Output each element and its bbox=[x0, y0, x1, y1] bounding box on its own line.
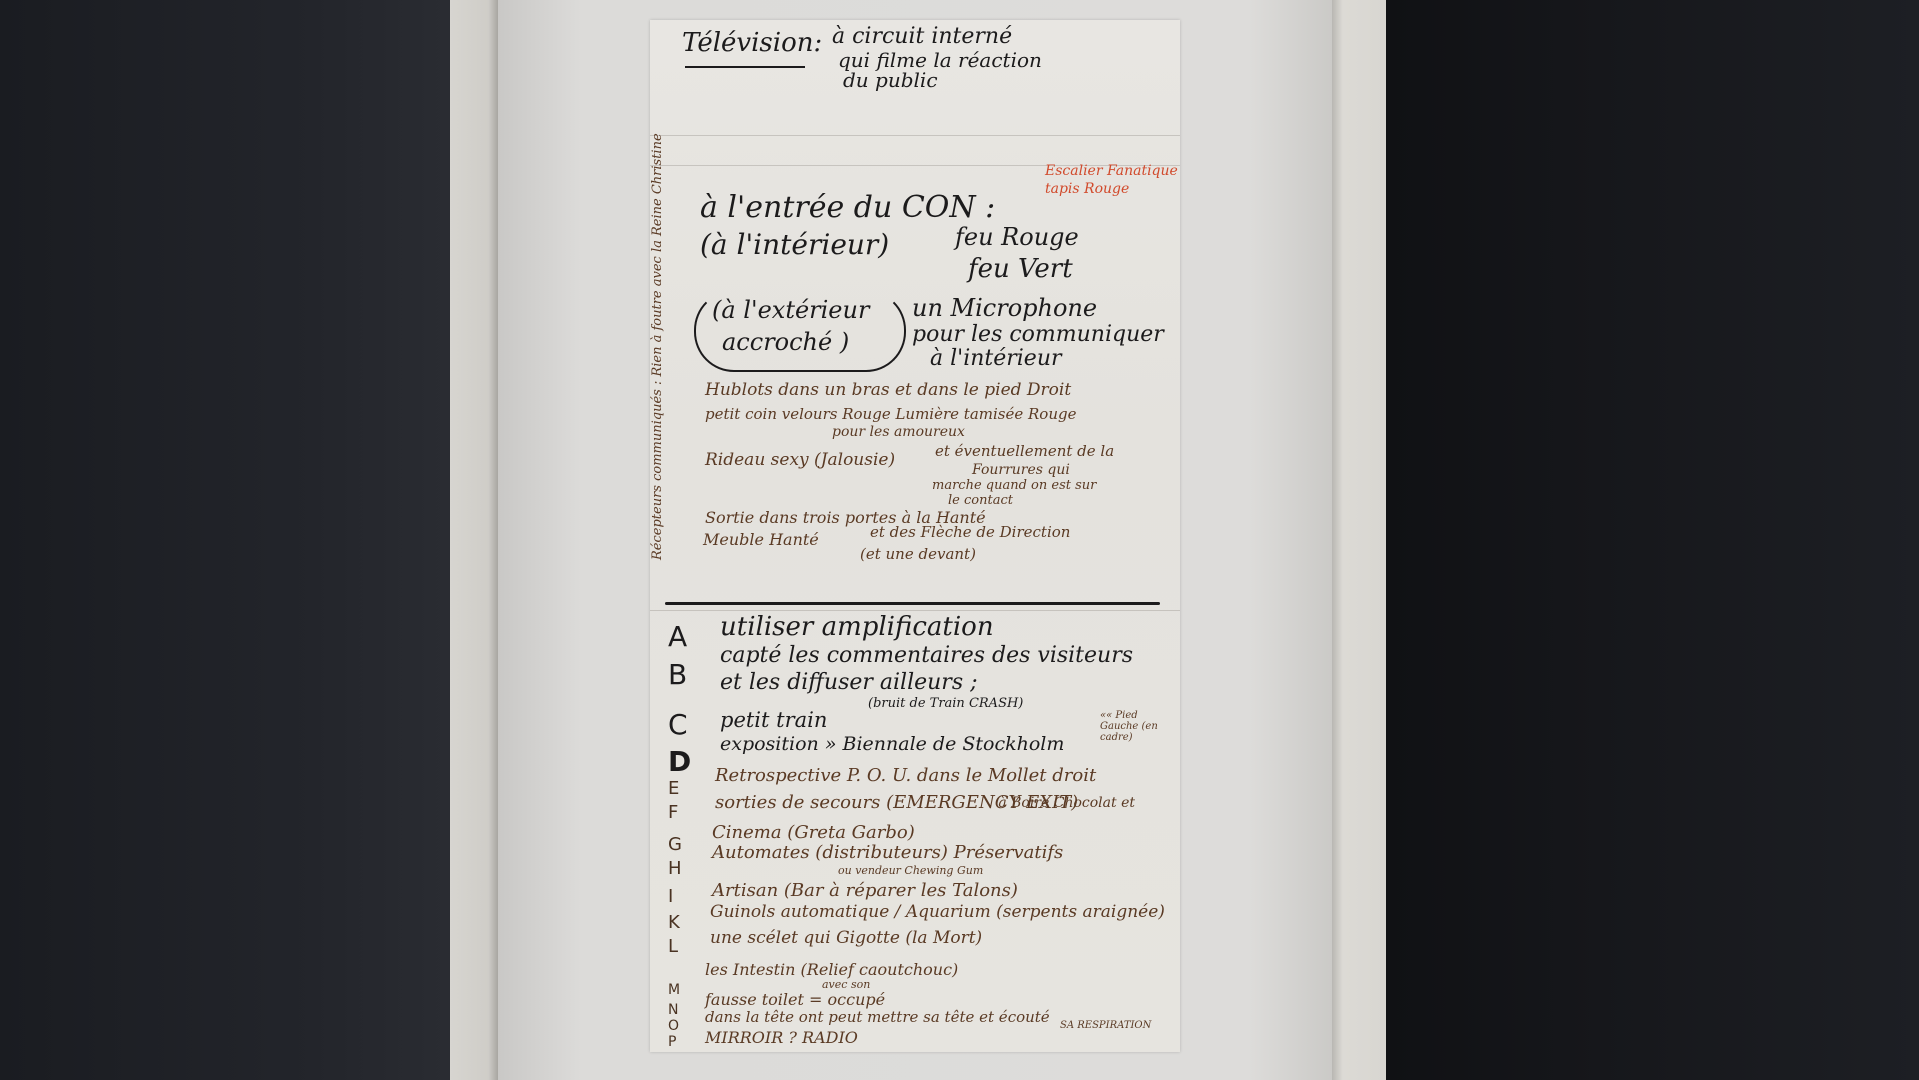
list-letter: I bbox=[668, 886, 673, 907]
list-item-text: Cinema (Greta Garbo) bbox=[712, 822, 915, 843]
list-letter: D bbox=[668, 745, 691, 778]
list-item-text: une scélet qui Gigotte (la Mort) bbox=[710, 928, 982, 948]
list-item-text: capté les commentaires des visiteurs bbox=[720, 643, 1133, 668]
list-letter: K bbox=[668, 912, 680, 933]
list-item-aside: SA RESPIRATION bbox=[1060, 1020, 1151, 1031]
list-letter: F bbox=[668, 802, 678, 823]
margin-note: Récepteurs communiqués : Rien à foutre a… bbox=[650, 133, 665, 560]
entrance-interior: (à l'intérieur) bbox=[700, 228, 889, 261]
note-petit-coin: petit coin velours Rouge Lumière tamisée… bbox=[705, 405, 1076, 423]
exterior-line1: (à l'extérieur bbox=[712, 296, 869, 324]
paper-fold bbox=[650, 610, 1180, 611]
list-letter: O bbox=[668, 1018, 679, 1034]
list-item-text: utiliser amplification bbox=[720, 612, 994, 642]
list-item-text2: et les diffuser ailleurs ; bbox=[720, 670, 978, 695]
list-letter: H bbox=[668, 858, 682, 879]
list-letter: M bbox=[668, 982, 680, 998]
note-amoureux: pour les amoureux bbox=[832, 424, 965, 440]
frame-left-moulding bbox=[450, 0, 498, 1080]
list-item-text: Automates (distributeurs) Préservatifs bbox=[712, 842, 1063, 863]
list-letter: A bbox=[668, 620, 687, 653]
micro-line2: pour les communiquer bbox=[912, 322, 1164, 347]
note-rideau: Rideau sexy (Jalousie) bbox=[705, 450, 895, 470]
list-letter: P bbox=[668, 1034, 676, 1050]
header-title: Télévision: bbox=[682, 28, 822, 58]
list-item-text: Artisan (Bar à réparer les Talons) bbox=[712, 880, 1018, 901]
list-item-text: les Intestin (Relief caoutchouc) bbox=[705, 960, 958, 979]
list-item-text: Guinols automatique / Aquarium (serpents… bbox=[710, 902, 1165, 922]
list-letter: B bbox=[668, 658, 687, 691]
header-line3: du public bbox=[843, 68, 938, 92]
note-meuble: Meuble Hanté bbox=[703, 530, 819, 549]
title-underline bbox=[685, 66, 805, 68]
entrance-line1: à l'entrée du CON : bbox=[700, 190, 995, 225]
note-fourrures: Fourrures qui bbox=[972, 462, 1070, 478]
dark-wall-left bbox=[0, 0, 450, 1080]
list-item-aside: «« Pied Gauche (en cadre) bbox=[1100, 710, 1170, 743]
red-note-line2: tapis Rouge bbox=[1045, 181, 1129, 197]
list-item-aside: à Boire Chocolat et bbox=[995, 795, 1135, 811]
micro-line1: un Microphone bbox=[912, 294, 1097, 322]
list-letter: G bbox=[668, 834, 682, 855]
feu-vert: feu Vert bbox=[968, 254, 1073, 284]
exterior-line2: accroché ) bbox=[722, 328, 849, 356]
note-eventuellement: et éventuellement de la bbox=[935, 442, 1114, 460]
list-item-text: fausse toilet = occupé bbox=[705, 990, 885, 1009]
list-letter: L bbox=[668, 936, 678, 957]
list-item-text: dans la tête ont peut mettre sa tête et … bbox=[705, 1008, 1050, 1026]
note-contact: le contact bbox=[948, 493, 1013, 508]
list-item-aside: ou vendeur Chewing Gum bbox=[838, 864, 983, 877]
list-item-text: exposition » Biennale de Stockholm bbox=[720, 733, 1064, 755]
list-item-text: MIRROIR ? RADIO bbox=[705, 1028, 858, 1047]
micro-line3: à l'intérieur bbox=[930, 346, 1062, 371]
list-letter: C bbox=[668, 708, 688, 741]
list-item-aside: (bruit de Train CRASH) bbox=[868, 696, 1023, 711]
feu-rouge: feu Rouge bbox=[955, 223, 1079, 251]
frame-right-moulding bbox=[1332, 0, 1386, 1080]
section-divider bbox=[665, 602, 1160, 605]
note-devant: (et une devant) bbox=[860, 545, 976, 563]
red-note-line1: Escalier Fanatique bbox=[1045, 163, 1178, 179]
note-fleche: et des Flèche de Direction bbox=[870, 523, 1070, 541]
note-marche: marche quand on est sur bbox=[932, 478, 1096, 493]
list-letter: N bbox=[668, 1002, 678, 1018]
header-line1: à circuit interné bbox=[832, 24, 1012, 49]
dark-wall-right bbox=[1386, 0, 1919, 1080]
list-item-text: petit train bbox=[720, 708, 827, 732]
paper-fold bbox=[650, 135, 1180, 136]
list-letter: E bbox=[668, 778, 679, 799]
list-item-text: Retrospective P. O. U. dans le Mollet dr… bbox=[715, 765, 1096, 786]
note-hublots: Hublots dans un bras et dans le pied Dro… bbox=[705, 380, 1071, 400]
